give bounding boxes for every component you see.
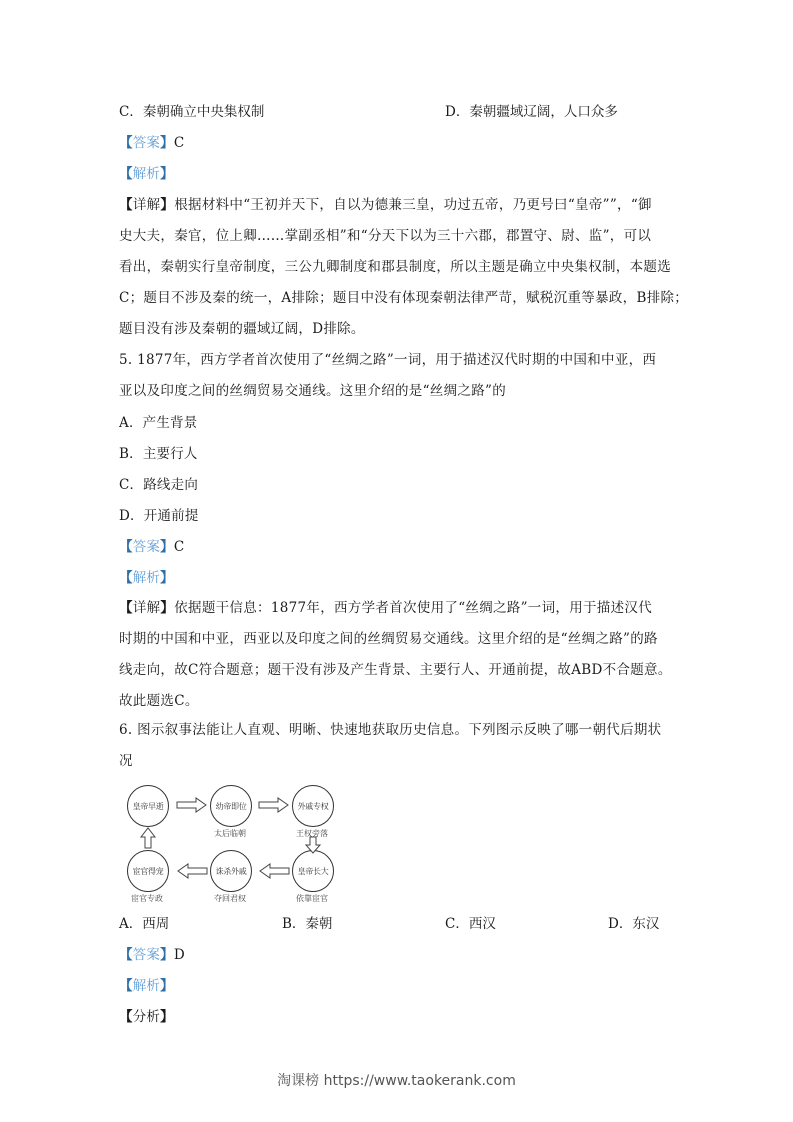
answer-label: 答案 (133, 539, 160, 555)
q5-option-c: C．路线走向 (119, 475, 198, 495)
detail-line: 根据材料中“王初并天下，自以为德兼三皇，功过五帝，乃更号曰“皇帝””，“御 (174, 197, 652, 213)
q6-fenxi-heading: 【分析】 (119, 1007, 174, 1027)
diagram-caption-6: 宦官专政 (122, 893, 172, 904)
stem-line: 况 (119, 746, 679, 777)
q5-option-b: B．主要行人 (119, 444, 198, 464)
q6-stem: 6. 图示叙事法能让人直观、明晰、快速地获取历史信息。下列图示反映了哪一朝代后期… (119, 715, 679, 777)
detail-line: 线走向，故C符合题意；题干没有涉及产生背景、主要行人、开通前提，故ABD不合题意… (119, 655, 679, 686)
q6-answer: 【答案】D (119, 945, 185, 965)
diagram-node-6: 宦官得宠 (127, 850, 169, 892)
q6-option-a: A．西周 (119, 914, 169, 934)
stem-line: 5. 1877年，西方学者首次使用了“丝绸之路”一词，用于描述汉代时期的中国和中… (119, 345, 679, 376)
answer-value: D (174, 947, 185, 963)
q4-analysis-heading: 【解析】 (119, 164, 174, 184)
q4-option-c: C．秦朝确立中央集权制 (119, 102, 264, 122)
q6-option-d: D．东汉 (608, 914, 659, 934)
diagram-node-1: 皇帝早逝 (127, 785, 169, 827)
answer-value: C (174, 539, 185, 555)
diagram-node-3: 外戚专权 (292, 785, 334, 827)
detail-line: 看出，秦朝实行皇帝制度，三公九卿制度和郡县制度，所以主题是确立中央集权制，本题选 (119, 252, 679, 283)
site-watermark: 淘课榜 https://www.taokerank.com (0, 1070, 793, 1090)
q5-stem: 5. 1877年，西方学者首次使用了“丝绸之路”一词，用于描述汉代时期的中国和中… (119, 345, 679, 407)
q5-analysis-heading: 【解析】 (119, 568, 174, 588)
answer-label: 答案 (133, 947, 160, 963)
arrow-right-icon (176, 797, 208, 813)
detail-line: C；题目不涉及秦的统一，A排除；题目中没有体现秦朝法律严苛，赋税沉重等暴政，B排… (119, 283, 679, 314)
detail-label: 详解 (133, 197, 161, 213)
arrow-right-icon (258, 797, 290, 813)
arrow-up-icon (140, 827, 156, 849)
q4-answer: 【答案】C (119, 133, 184, 153)
diagram-caption-2: 太后临朝 (205, 828, 255, 839)
answer-value: C (174, 135, 185, 151)
q5-option-d: D．开通前提 (119, 506, 199, 526)
q4-option-d: D．秦朝疆域辽阔，人口众多 (445, 102, 618, 122)
q5-detail: 【详解】依据题干信息：1877年，西方学者首次使用了“丝绸之路”一词，用于描述汉… (119, 593, 679, 717)
detail-line: 时期的中国和中亚，西亚以及印度之间的丝绸贸易交通线。这里介绍的是“丝绸之路”的路 (119, 624, 679, 655)
q6-option-b: B．秦朝 (282, 914, 332, 934)
detail-line: 题目没有涉及秦朝的疆域辽阔，D排除。 (119, 314, 679, 345)
stem-line: 6. 图示叙事法能让人直观、明晰、快速地获取历史信息。下列图示反映了哪一朝代后期… (119, 715, 679, 746)
answer-label: 答案 (133, 135, 160, 151)
analysis-label: 解析 (133, 166, 160, 182)
q4-detail: 【详解】根据材料中“王初并天下，自以为德兼三皇，功过五帝，乃更号曰“皇帝””，“… (119, 190, 679, 345)
diagram-node-4: 皇帝长大 (292, 850, 334, 892)
q5-answer: 【答案】C (119, 537, 184, 557)
detail-line: 史大夫，秦官，位上卿……掌副丞相”和“分天下以为三十六郡，郡置守、尉、监”，可以 (119, 221, 679, 252)
stem-line: 亚以及印度之间的丝绸贸易交通线。这里介绍的是“丝绸之路”的 (119, 376, 679, 407)
analysis-label: 解析 (133, 978, 160, 994)
diagram-caption-4: 依靠宦官 (287, 893, 337, 904)
q6-option-c: C．西汉 (445, 914, 496, 934)
detail-label: 详解 (133, 600, 161, 616)
arrow-left-icon (176, 863, 208, 879)
diagram-node-5: 诛杀外戚 (210, 850, 252, 892)
detail-line: 依据题干信息：1877年，西方学者首次使用了“丝绸之路”一词，用于描述汉代 (174, 600, 652, 616)
diagram-caption-5: 夺回君权 (205, 893, 255, 904)
arrow-left-icon (258, 863, 290, 879)
q6-analysis-heading: 【解析】 (119, 976, 174, 996)
q5-option-a: A．产生背景 (119, 413, 197, 433)
diagram-node-2: 幼帝即位 (210, 785, 252, 827)
dynasty-cycle-diagram: 皇帝早逝 幼帝即位 太后临朝 外戚专权 王权旁落 皇帝长大 依靠宦官 诛杀外戚 … (118, 780, 358, 910)
detail-line: 故此题选C。 (119, 686, 679, 717)
arrow-down-icon (305, 836, 321, 854)
fenxi-label: 分析 (133, 1009, 160, 1025)
analysis-label: 解析 (133, 570, 160, 586)
